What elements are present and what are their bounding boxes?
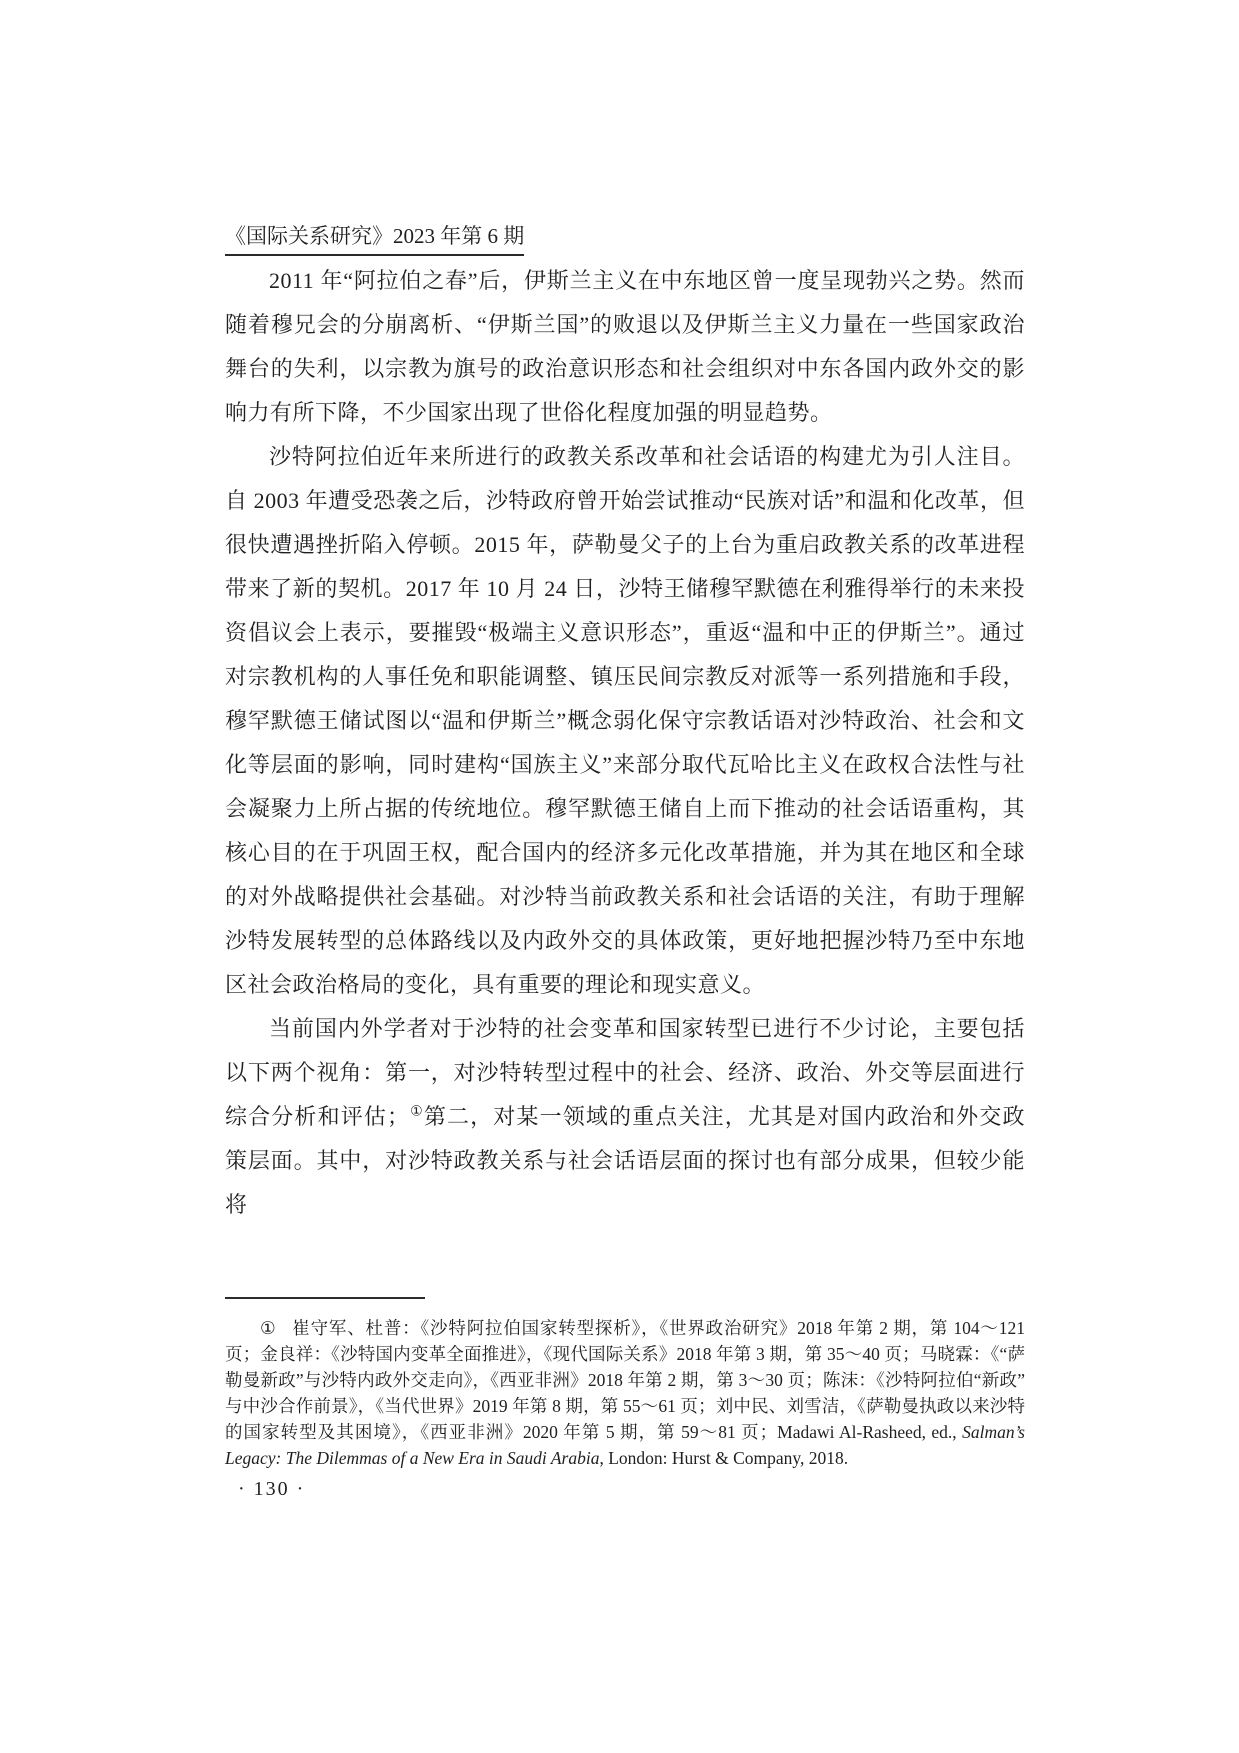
journal-article-page: 《国际关系研究》2023 年第 6 期 2011 年“阿拉伯之春”后，伊斯兰主义…: [0, 0, 1239, 1753]
footnote-reference-mark: ①: [410, 1105, 424, 1120]
footnote-1-marker: ①: [260, 1318, 277, 1338]
footnote-1: ①崔守军、杜普：《沙特阿拉伯国家转型探析》，《世界政治研究》2018 年第 2 …: [225, 1315, 1025, 1471]
footnote-section: ①崔守军、杜普：《沙特阿拉伯国家转型探析》，《世界政治研究》2018 年第 2 …: [225, 1297, 1025, 1471]
footnote-1-citations-chinese: 崔守军、杜普：《沙特阿拉伯国家转型探析》，《世界政治研究》2018 年第 2 期…: [225, 1318, 1025, 1442]
page-number: · 130 ·: [238, 1478, 305, 1501]
paragraph-saudi-reform: 沙特阿拉伯近年来所进行的政教关系改革和社会话语的构建尤为引人注目。自 2003 …: [225, 435, 1025, 1007]
paragraph-literature-review: 当前国内外学者对于沙特的社会变革和国家转型已进行不少讨论，主要包括以下两个视角：…: [225, 1007, 1025, 1227]
footnote-1-citation-tail: , London: Hurst & Company, 2018.: [599, 1448, 848, 1468]
footnote-separator-rule: [225, 1297, 425, 1299]
article-body: 2011 年“阿拉伯之春”后，伊斯兰主义在中东地区曾一度呈现勃兴之势。然而随着穆…: [225, 259, 1025, 1227]
running-head: 《国际关系研究》2023 年第 6 期: [225, 222, 524, 256]
paragraph-islamism-decline: 2011 年“阿拉伯之春”后，伊斯兰主义在中东地区曾一度呈现勃兴之势。然而随着穆…: [225, 259, 1025, 435]
